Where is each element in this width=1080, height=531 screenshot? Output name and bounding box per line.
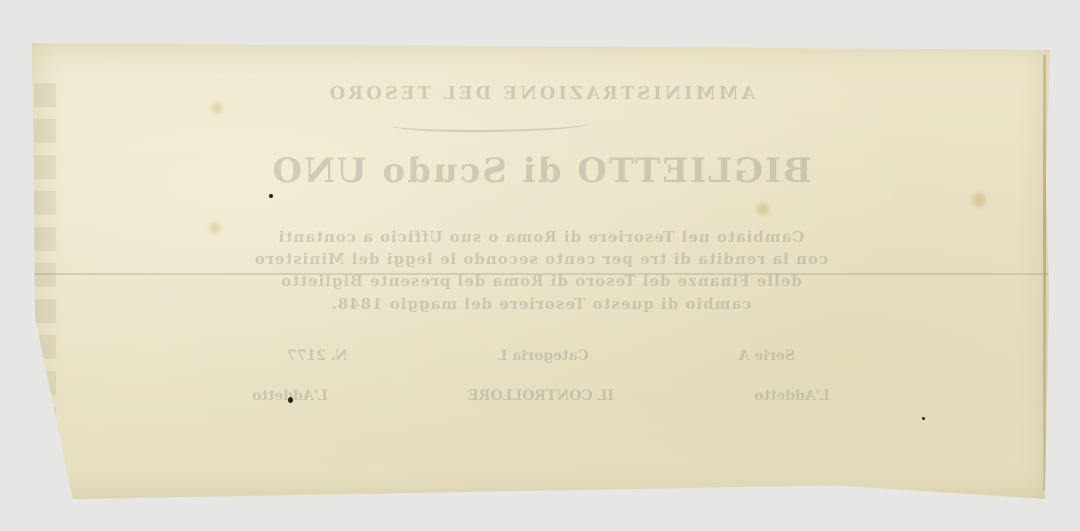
show-through-title: BIGLIETTO di Scudo UNO (32, 151, 1050, 191)
paper-note: AMMINISTRAZIONE DEL TESORO BIGLIETTO di … (32, 43, 1050, 499)
foxing-stain (972, 193, 986, 207)
show-through-series-row: Serie A Categoria L N. 2177 (32, 348, 1050, 364)
foxing-stain (210, 223, 220, 233)
category-label: Categoria L (498, 348, 589, 364)
signature-label-center: IL CONTROLLORE (468, 388, 614, 404)
series-label: Serie A (739, 348, 795, 364)
show-through-body-line: con la rendita di tre per cento secondo … (32, 250, 1050, 268)
ink-dot (288, 397, 293, 403)
show-through-body-line: Cambiato nel Tesoriere di Roma o suo Uff… (32, 228, 1050, 246)
show-through-body-line: cambio di questo Tesoriere del maggio 18… (32, 295, 1050, 313)
number-label: N. 2177 (287, 348, 348, 364)
mirrored-show-through-text: AMMINISTRAZIONE DEL TESORO BIGLIETTO di … (32, 43, 1050, 499)
ink-dot (922, 417, 925, 420)
signature-label-left: L'Addetto (754, 388, 830, 404)
show-through-body-line: delle Finanze del Tesoro di Roma del pre… (32, 272, 1050, 290)
foxing-stain (212, 103, 222, 113)
foxing-stain (757, 203, 769, 215)
show-through-signature-row: L'Addetto IL CONTROLLORE L'Addetto (32, 388, 1050, 404)
ink-dot (269, 194, 273, 198)
show-through-header: AMMINISTRAZIONE DEL TESORO (32, 83, 1050, 104)
